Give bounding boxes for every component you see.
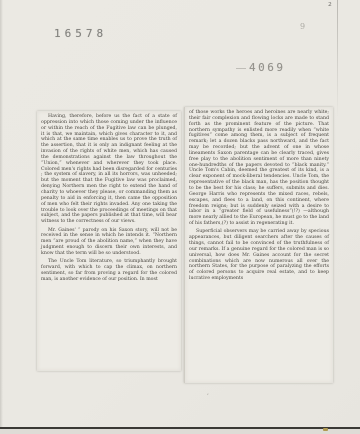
clipping-paragraph: Superficial observers may be carried awa… [189,229,329,282]
gold-speck-artifact [323,428,328,431]
catalog-stamp-number-right: 4069 [249,61,286,74]
page-left-edge-shadow [0,0,3,434]
margin-mark-artifact: 9 [300,22,305,31]
photo-edge-below [0,429,360,434]
photo-bottom-edge [0,427,360,434]
corner-mark-artifact: 2 [328,1,332,7]
clipping-paragraph: The Uncle Tom literature, so triumphantl… [41,259,177,282]
clipping-paragraph: Having, therefore, before us the fact of… [41,114,177,225]
clipping-paragraph: Mr. Gaines' “ parody on his Saxon story,… [41,228,177,257]
catalog-stamp-number-left: 16578 [54,27,107,40]
scanned-document-page: 16578 4069 2 9 , Having, therefore, befo… [0,0,360,434]
newspaper-clipping-right-column: of those works the heroes and heroines a… [184,107,333,383]
page-right-edge-line [337,0,338,118]
pencil-dash-artifact [236,68,246,70]
newspaper-clipping-left-column: Having, therefore, before us the fact of… [37,111,181,371]
clipping-paragraph: of those works the heroes and heroines a… [189,110,329,227]
speck-artifact: , [207,389,209,396]
